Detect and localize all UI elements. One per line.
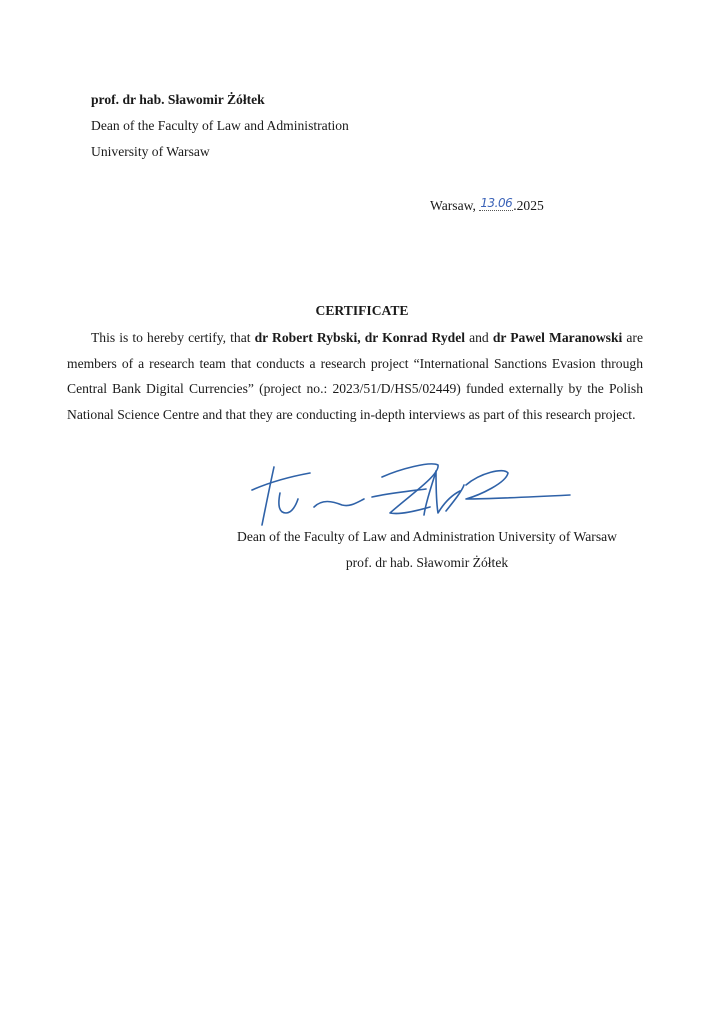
certificate-body: This is to hereby certify, that dr Rober… (67, 325, 643, 427)
sender-title: Dean of the Faculty of Law and Administr… (91, 118, 349, 134)
document-title: CERTIFICATE (0, 303, 724, 319)
date-year: .2025 (513, 198, 544, 213)
signer-name: prof. dr hab. Sławomir Żółtek (0, 555, 724, 571)
signature-caption: Dean of the Faculty of Law and Administr… (0, 529, 724, 545)
body-and: and (465, 330, 493, 345)
date-line: Warsaw, 13.06.2025 (430, 198, 544, 214)
signature-image (240, 455, 580, 530)
researcher-name: dr Robert Rybski, (255, 330, 365, 345)
sender-institution: University of Warsaw (91, 144, 210, 160)
researcher-name: dr Pawel Maranowski (493, 330, 623, 345)
body-intro: This is to hereby certify, that (91, 330, 255, 345)
handwritten-date: 13.06 (479, 196, 513, 211)
date-place: Warsaw, (430, 198, 479, 213)
researcher-name: dr Konrad Rydel (365, 330, 465, 345)
sender-name: prof. dr hab. Sławomir Żółtek (91, 92, 265, 108)
